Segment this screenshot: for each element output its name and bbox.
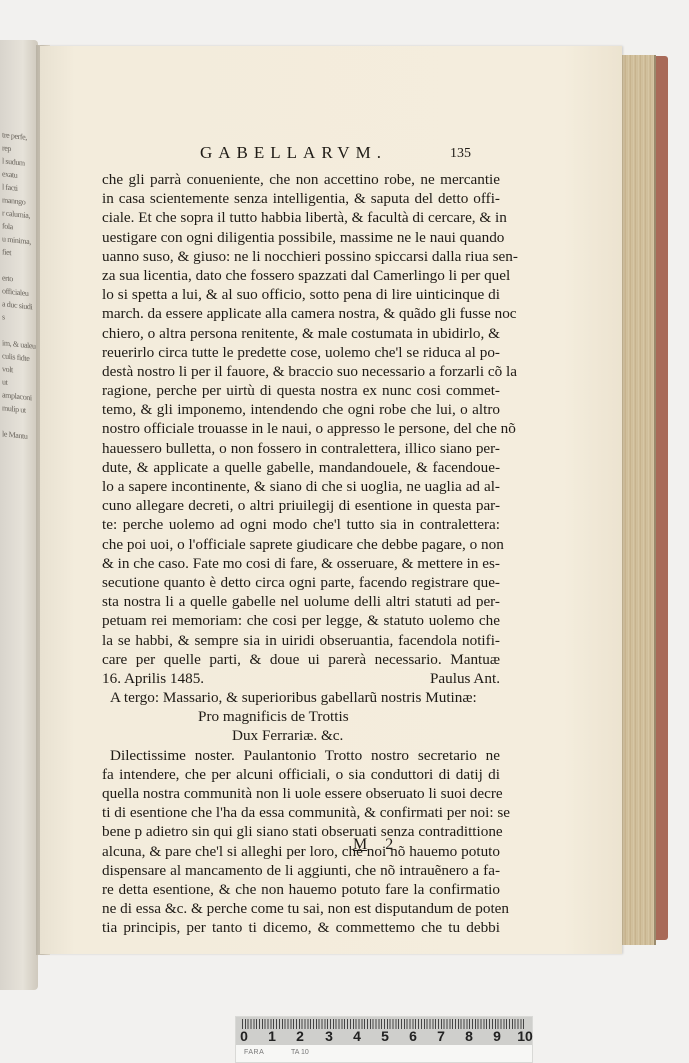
ruler-number: 7 [437, 1028, 445, 1044]
text-line: alcuna, & pare che'l si alleghi per loro… [102, 842, 500, 861]
text-line: Dilectissime noster. Paulantonio Trotto … [102, 746, 500, 765]
right-page: GABELLARVM. 135 che gli parrà conuenient… [40, 46, 622, 954]
text-line: la se habbi, & sempre sia in uiridi obse… [102, 631, 500, 650]
date-signature-line: 16. Aprilis 1485. Paulus Ant. [102, 669, 500, 688]
ruler-scale: 0 1 2 3 4 5 6 7 8 9 10 [236, 1017, 532, 1045]
text-line: uanno suso, & giuso: ne li nocchieri pos… [102, 247, 500, 266]
letter-signer: Paulus Ant. [430, 669, 500, 688]
text-line: in casa scientemente senza intelligentia… [102, 189, 500, 208]
ruler-number: 8 [465, 1028, 473, 1044]
ruler-number: 0 [240, 1028, 248, 1044]
text-line: te: perche uolemo ad ogni modo che'l tut… [102, 515, 500, 534]
ruler-number: 4 [353, 1028, 361, 1044]
text-line: dute, & applicate a quelle gabelle, mand… [102, 458, 500, 477]
letter-date: 16. Aprilis 1485. [102, 669, 204, 688]
signature-letter: M [353, 836, 367, 853]
text-line: ne di essa &c. & perche come tu sai, non… [102, 899, 500, 918]
text-line: sta nostra li a quelle gabelle nel uolum… [102, 592, 500, 611]
ruler-number: 1 [268, 1028, 276, 1044]
text-line: nostro officiale trouasse in le naui, o … [102, 419, 500, 438]
letter-sender: Dux Ferrariæ. &c. [102, 726, 500, 745]
ruler-brand: FARA [244, 1049, 264, 1056]
text-line: destà nostro li per il fauore, & braccio… [102, 362, 500, 381]
ruler-numbers: 0 1 2 3 4 5 6 7 8 9 10 [236, 1028, 534, 1044]
text-line: chiero, o altra persona renitente, & mal… [102, 324, 500, 343]
text-line: march. da essere applicate alla camera n… [102, 304, 500, 323]
signature-mark: M 2 [353, 836, 393, 854]
text-line: lo si spetta a lui, & al suo officio, so… [102, 285, 500, 304]
text-line: & in che caso. Fate mo cosi di fare, & o… [102, 554, 500, 573]
text-line: ti di esentione che l'ha da essa communi… [102, 803, 500, 822]
text-line: dispensare al mancamento de li aggiunti,… [102, 861, 500, 880]
body-text: che gli parrà conueniente, che non accet… [102, 142, 500, 938]
ruler-number: 9 [493, 1028, 501, 1044]
text-line: hauessero bulletta, o non fossero in con… [102, 439, 500, 458]
text-line: bene p adietro sin qui gli siano stati o… [102, 822, 500, 841]
text-line: care per quelle parti, & doue ui parerà … [102, 650, 500, 669]
text-line: quella nostra communità non li uole esse… [102, 784, 500, 803]
address-subline: Pro magnificis de Trottis [102, 707, 500, 726]
address-line: A tergo: Massario, & superioribus gabell… [102, 688, 500, 707]
text-line: za sua licentia, dato che fossero spazza… [102, 266, 500, 285]
text-line: fa intendere, che per alcuni officiali, … [102, 765, 500, 784]
text-line: uestigare con ogni diligentia possibile,… [102, 228, 500, 247]
facing-left-page: tre perfe, rep l sudum exatu l facti man… [0, 40, 38, 990]
text-line: reuerirlo circa tutte le predette cose, … [102, 343, 500, 362]
ruler-number: 3 [325, 1028, 333, 1044]
ruler-number: 10 [517, 1028, 533, 1044]
text-line: temo, & gli imponemo, intendendo che ogn… [102, 400, 500, 419]
text-line: re detta esentione, & che non hauemo pot… [102, 880, 500, 899]
text-line: secutione quanto è detto circa ogni part… [102, 573, 500, 592]
text-line: cuno allegare decreti, o altri priuilegi… [102, 496, 500, 515]
text-line: ragione, perche per uirtù di questa nost… [102, 381, 500, 400]
text-line: tia principis, per tanto ti dicemo, & co… [102, 918, 500, 937]
text-line: lo a sapere incontinente, & siano di che… [102, 477, 500, 496]
left-page-bleed-text: tre perfe, rep l sudum exatu l facti man… [2, 128, 36, 444]
text-line: che poi uoi, o l'officiale saprete giudi… [102, 535, 500, 554]
ruler-number: 6 [409, 1028, 417, 1044]
ruler-number: 2 [296, 1028, 304, 1044]
signature-number: 2 [385, 836, 393, 853]
text-line: ciale. Et che sopra il tutto habbia libe… [102, 208, 500, 227]
scale-ruler: 0 1 2 3 4 5 6 7 8 9 10 FARA TA 10 [235, 1016, 533, 1063]
text-line: petuam rei memoriam: che cosi per legge,… [102, 611, 500, 630]
ruler-number: 5 [381, 1028, 389, 1044]
ruler-model: TA 10 [291, 1049, 309, 1056]
text-line: che gli parrà conueniente, che non accet… [102, 170, 500, 189]
